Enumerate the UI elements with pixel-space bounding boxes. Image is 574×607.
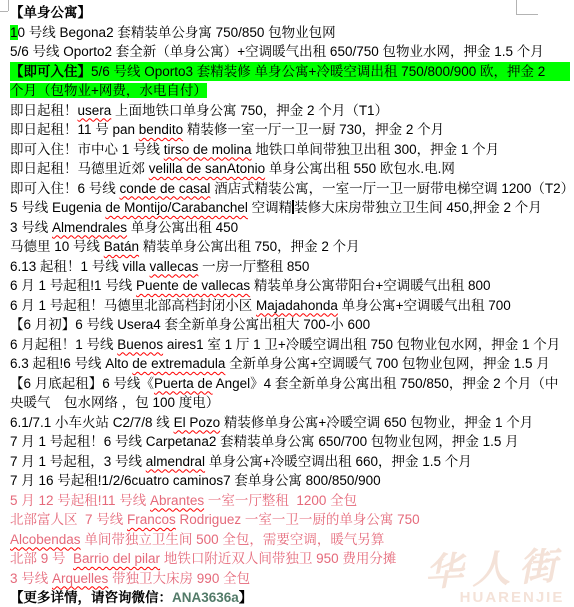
listing-text-segment: 5 月 12 号起租!11 号线: [10, 493, 150, 508]
listing-text-segment: 6 月 1 号起租!1 号线: [10, 278, 136, 293]
listing-text-segment: 北部富人区 7 号线: [10, 512, 127, 527]
listing-text-segment: 一房一厅整租 850: [198, 259, 309, 274]
listing-text-segment: Almendrales: [52, 220, 127, 235]
listing-line[interactable]: 央暖气 包水网络 ，包 100 度电）: [10, 393, 574, 413]
listing-text-segment: tirso de molina: [164, 142, 252, 157]
listing-text-segment: 地铁口附近双人间带独卫 950 费用分摊: [160, 551, 396, 566]
listing-text-segment: Majadahonda: [256, 298, 338, 313]
listing-text-segment: 央暖气 包水网络 ，包 100 度电）: [10, 395, 219, 410]
listing-text-segment: 5 号线 Eugenia: [10, 200, 105, 215]
listing-text-segment: 6 月起租！1 号线: [10, 337, 117, 352]
listing-text-segment: 6.1/7.1 小车火站 C2/7/8 线: [10, 415, 174, 430]
listing-text-segment: 精装修单身公寓+冷暖空调 650 包物业，押金 1 个月: [220, 415, 533, 430]
listing-text-segment: 5/6 号线 Oporto3 套精装修 单身公寓+冷暖空调出租 750/800/…: [91, 64, 545, 79]
listing-text-segment: Rodriguez 一室一卫一厨的单身公寓 750: [176, 512, 420, 527]
listing-text-segment: 【即可入住】: [10, 64, 91, 79]
listing-text-segment: velilla de sanAtonio: [149, 161, 265, 176]
listing-text-segment: 北部 9 号: [10, 551, 73, 566]
listing-line[interactable]: 即日起租！马德里近郊 velilla de sanAtonio 单身公寓出租 5…: [10, 159, 574, 179]
listing-text-segment: 6 月 1 号起租！马德里北部高档封闭小区: [10, 298, 256, 313]
listing-text-segment: 单身公寓+冷暖空调出租 660，押金 1.5 个月: [205, 454, 472, 469]
listing-text-segment: aires1 室 1 厅 1 卫+冷暖空调出租 750 包物业包水网，押金 1 …: [163, 337, 560, 352]
listing-line[interactable]: 北部富人区 7 号线 Francos Rodriguez 一室一卫一厨的单身公寓…: [10, 510, 574, 530]
listing-text-segment: 3 号线: [10, 571, 52, 586]
listing-line[interactable]: 7 月 1 号起租！6 号线 Carpetana2 套精装单身公寓 650/70…: [10, 432, 574, 452]
listing-text-segment: 个月（包物业+网费，水电自付）: [10, 83, 207, 98]
listing-text-segment: 【单身公寓】: [10, 5, 91, 20]
listing-text-segment: 0 号线 Begona2 套精装单公身寓 750/850 包物业包网: [18, 25, 336, 40]
listing-line[interactable]: 7 月 16 号起租!1/2/6cuatro caminos7 套单身公寓 80…: [10, 471, 574, 491]
listing-text-segment: 7 月 1 号起租，3 号线: [10, 454, 146, 469]
listing-text-segment: de extremadula: [132, 356, 225, 371]
listing-text-segment: Francos: [127, 512, 176, 527]
listing-line[interactable]: 6.13 起租！1 号线 villa vallecas 一房一厅整租 850: [10, 257, 574, 277]
listing-text-segment: 【6 月初】6 号线 Usera4 套全新单身公寓出租大 700-小 600: [10, 317, 370, 332]
listing-line[interactable]: 【6 月底起租】6 号线《Puerta de Angel》4 套全新单身公寓出租…: [10, 374, 574, 394]
listing-text-segment: 7 月 16 号起租!1/2/6cuatro caminos7 套单身公寓 80…: [10, 473, 381, 488]
listing-text-segment: Alcobendas: [10, 532, 81, 547]
listing-line[interactable]: 北部 9 号 Barrio del pilar 地铁口附近双人间带独卫 950 …: [10, 549, 574, 569]
listing-text-segment: 单间带独立卫生间 500 全包，需要空调，暖气另算: [81, 532, 385, 547]
listing-line[interactable]: 马德里 10 号线 Batán 精装单身公寓出租 750，押金 2 个月: [10, 237, 574, 257]
listing-text-segment: 马德里 10 号线: [10, 239, 104, 254]
listing-text-segment: Angel》4 套全新单身公寓出租 750/850，押金 2 个月（中: [213, 376, 559, 391]
listing-text-segment: 即可入住！市中心 1 号线: [10, 142, 164, 157]
listing-text-segment: El Pozo: [174, 415, 221, 430]
listing-line[interactable]: 个月（包物业+网费，水电自付）: [10, 81, 574, 101]
listing-text-segment: Abrantes: [150, 493, 204, 508]
listing-text-segment: 7 月 1 号起租！6 号线 Carpetana2 套精装单身公寓 650/70…: [10, 434, 519, 449]
listing-line[interactable]: 【6 月初】6 号线 Usera4 套全新单身公寓出租大 700-小 600: [10, 315, 574, 335]
listing-text-segment: 5/6 号线 Oporto2 套全新（单身公寓）+空调暖气出租 650/750 …: [10, 44, 544, 59]
listing-text-segment: Batán: [104, 239, 139, 254]
listing-text-segment: Puente de vallecas: [136, 278, 250, 293]
listing-text-segment: Puerta de: [154, 376, 213, 391]
listing-text-segment: 单身公寓出租 550 欧包水.电.网: [265, 161, 455, 176]
text-boundary-mark-top-left-horizontal: [0, 11, 8, 12]
listing-text-segment: 精装修一室一厅一卫一厨 730，押金 2 个月: [183, 122, 444, 137]
listing-line[interactable]: 6 月 1 号起租!1 号线 Puente de vallecas 精装单身公寓…: [10, 276, 574, 296]
document-body[interactable]: 【单身公寓】10 号线 Begona2 套精装单公身寓 750/850 包物业包…: [10, 3, 574, 607]
listing-text-segment: Barrio del pilar: [73, 551, 160, 566]
listing-line[interactable]: 5/6 号线 Oporto2 套全新（单身公寓）+空调暖气出租 650/750 …: [10, 42, 574, 62]
listing-text-segment: 全新单身公寓+空调暖气 700 包物业包网，押金 1.5 月: [225, 356, 549, 371]
listing-line[interactable]: 10 号线 Begona2 套精装单公身寓 750/850 包物业包网: [10, 23, 574, 43]
listing-text-segment: 单身公寓+空调暖气出租 700: [338, 298, 511, 313]
listing-text-segment: 6.3 起租!6 号线 Alto: [10, 356, 132, 371]
listing-text-segment: 地铁口单间带独卫出租 300，押金 1 个月: [252, 142, 500, 157]
listing-text-segment: almendral: [146, 454, 205, 469]
listing-text-segment: 一室一厅整租 1200 全包: [204, 493, 357, 508]
listing-text-segment: 酒店式精装公寓，一室一厅一卫一厨带电梯空调 1200（T2）: [210, 181, 574, 196]
listing-text-segment: 装修大床房带独立卫生间 450,押金 2 个月: [294, 200, 542, 215]
listing-line[interactable]: 6 月起租！1 号线 Buenos aires1 室 1 厅 1 卫+冷暖空调出…: [10, 335, 574, 355]
listing-line[interactable]: 7 月 1 号起租，3 号线 almendral 单身公寓+冷暖空调出租 660…: [10, 452, 574, 472]
listing-line[interactable]: 6 月 1 号起租！马德里北部高档封闭小区 Majadahonda 单身公寓+空…: [10, 296, 574, 316]
listing-text-segment: bendito: [139, 122, 183, 137]
listing-line[interactable]: 即日起租！11 号 pan bendito 精装修一室一厅一卫一厨 730，押金…: [10, 120, 574, 140]
listing-text-segment: 即日起租！11 号 pan: [10, 122, 139, 137]
listing-text-segment: conde de casal: [120, 181, 211, 196]
listing-text-segment: usera: [78, 103, 112, 118]
listing-text-segment: 】: [239, 590, 253, 605]
listing-line[interactable]: 3 号线 Arquelles 带独卫大床房 990 全包: [10, 569, 574, 589]
listing-text-segment: 空调精: [248, 200, 292, 215]
listing-line[interactable]: 【单身公寓】: [10, 3, 574, 23]
listing-text-segment: Buenos: [117, 337, 163, 352]
listing-text-segment: 3 号线: [10, 220, 52, 235]
listing-line[interactable]: 即可入住！6 号线 conde de casal 酒店式精装公寓，一室一厅一卫一…: [10, 179, 574, 199]
listing-text-segment: 6.13 起租！1 号线 villa: [10, 259, 150, 274]
listing-text-segment: 【更多详情，请咨询微信：: [10, 590, 172, 605]
listing-line[interactable]: 5 月 12 号起租!11 号线 Abrantes 一室一厅整租 1200 全包: [10, 491, 574, 511]
listing-line[interactable]: 6.3 起租!6 号线 Alto de extremadula 全新单身公寓+空…: [10, 354, 574, 374]
listing-text-segment: 即可入住！6 号线: [10, 181, 120, 196]
listing-text-segment: 上面地铁口单身公寓 750，押金 2 个月（T1）: [111, 103, 388, 118]
listing-text-segment: Arquelles: [52, 571, 108, 586]
listing-line[interactable]: 即日起租！usera 上面地铁口单身公寓 750，押金 2 个月（T1）: [10, 101, 574, 121]
listing-text-segment: 精装单身公寓出租 750，押金 2 个月: [139, 239, 360, 254]
listing-text-segment: 即日起租！马德里近郊: [10, 161, 149, 176]
listing-line[interactable]: 5 号线 Eugenia de Montijo/Carabanchel 空调精装…: [10, 198, 574, 218]
listing-text-segment: 带独卫大床房 990 全包: [108, 571, 250, 586]
listing-line[interactable]: Alcobendas 单间带独立卫生间 500 全包，需要空调，暖气另算: [10, 530, 574, 550]
listing-text-segment: 单身公寓出租 450: [127, 220, 238, 235]
listing-text-segment: 即日起租！: [10, 103, 78, 118]
listing-line[interactable]: 【更多详情，请咨询微信：ANA3636a】: [10, 588, 574, 607]
listing-text-segment: vallecas: [150, 259, 199, 274]
text-boundary-mark-top-left-vertical: [8, 0, 9, 11]
listing-text-segment: ANA3636a: [172, 590, 239, 605]
listing-line[interactable]: 即可入住！市中心 1 号线 tirso de molina 地铁口单间带独卫出租…: [10, 140, 574, 160]
listing-line[interactable]: 【即可入住】5/6 号线 Oporto3 套精装修 单身公寓+冷暖空调出租 75…: [10, 62, 570, 82]
listing-text-segment: 精装单身公寓带阳台+空调暖气出租 800: [250, 278, 490, 293]
listing-line[interactable]: 6.1/7.1 小车火站 C2/7/8 线 El Pozo 精装修单身公寓+冷暖…: [10, 413, 574, 433]
listing-text-segment: 【6 月底起租】6 号线《: [10, 376, 154, 391]
listing-text-segment: 1: [10, 25, 18, 40]
listing-text-segment: de Montijo/Carabanchel: [105, 200, 248, 215]
listing-line[interactable]: 3 号线 Almendrales 单身公寓出租 450: [10, 218, 574, 238]
